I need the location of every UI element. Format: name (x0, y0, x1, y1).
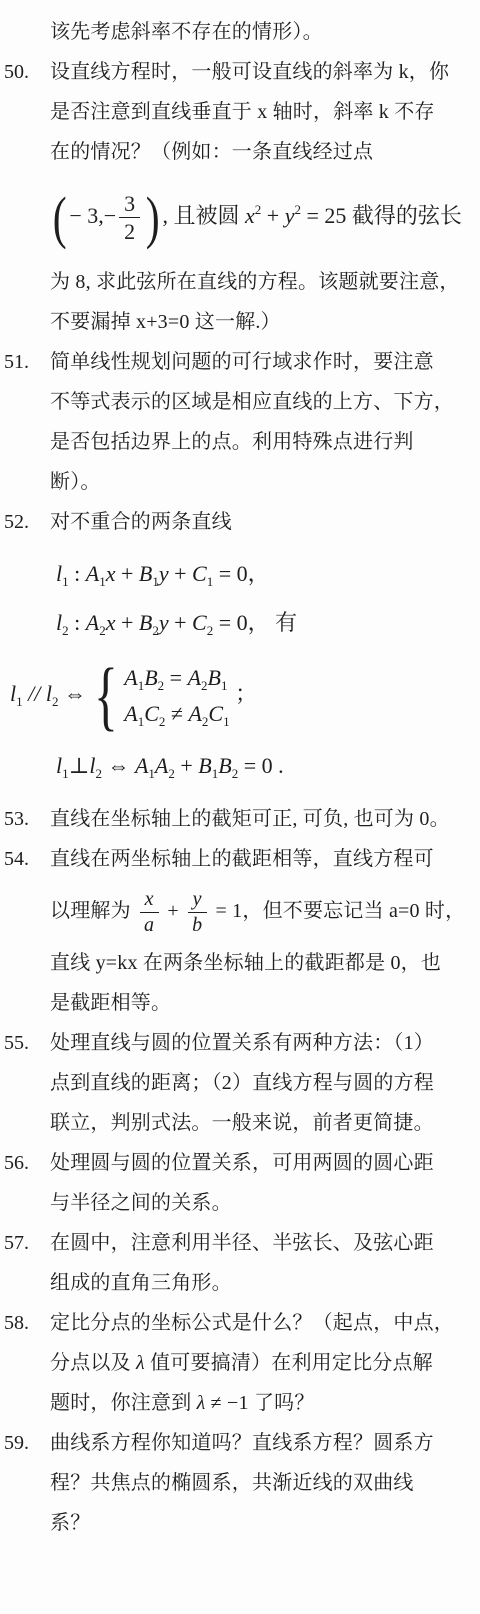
math-variable: λ (136, 1352, 145, 1374)
text-run: 不要漏掉 x+3=0 这一解.） (50, 311, 281, 333)
text-line: 程？共焦点的椭圆系，共渐近线的双曲线 (50, 1463, 474, 1503)
math-variable: A (155, 753, 168, 778)
math-variable: C (192, 610, 207, 635)
math-variable: C (144, 701, 159, 726)
text-line: 设直线方程时，一般可设直线的斜率为 k，你 (50, 52, 474, 92)
text-run: 是否注意到直线垂直于 x 轴时，斜率 k 不存 (50, 101, 435, 123)
math-text: = 0 . (238, 753, 283, 778)
numbered-list-item: 52.对不重合的两条直线l1 : A1x + B1y + C1 = 0，l2 :… (4, 502, 474, 799)
text-line: 分点以及 λ 值可要搞清）在利用定比分点解 (50, 1343, 474, 1383)
math-text: ⊥ (69, 753, 90, 778)
math-text: = 0， (213, 561, 269, 586)
math-text: + (115, 561, 138, 586)
formula-line: l1⊥l2 ⇔ A1A2 + B1B2 = 0 . (56, 749, 474, 783)
math-text: ； (230, 681, 258, 706)
math-variable: B (198, 753, 211, 778)
math-variable: A (188, 665, 201, 690)
item-body: 曲线系方程你知道吗？直线系方程？圆系方程？共焦点的椭圆系，共渐近线的双曲线系？ (50, 1423, 474, 1543)
text-run: 在的情况？（例如：一条直线经过点 (50, 141, 373, 163)
text-line: 简单线性规划问题的可行域求作时，要注意 (50, 342, 474, 382)
text-run: 为 8, 求此弦所在直线的方程。该题就要注意， (50, 271, 460, 293)
text-run: 该先考虑斜率不存在的情形）。 (50, 21, 323, 43)
text-run: 曲线系方程你知道吗？直线系方程？圆系方 (50, 1432, 434, 1454)
text-run: 系？ (50, 1512, 90, 1534)
item-number: 54. (4, 839, 50, 1023)
item-number: 56. (4, 1143, 50, 1223)
text-run: 处理直线与圆的位置关系有两种方法：（1） (50, 1032, 434, 1054)
math-variable: B (139, 610, 152, 635)
item-body: 直线在坐标轴上的截矩可正, 可负, 也可为 0。 (50, 799, 474, 839)
fraction-denominator: 2 (119, 218, 140, 244)
item-number: 52. (4, 502, 50, 799)
text-line: 处理直线与圆的位置关系有两种方法：（1） (50, 1023, 474, 1063)
math-variable: B (218, 753, 231, 778)
math-variable: x (106, 561, 116, 586)
numbered-list-item: 57.在圆中，注意利用半径、半弦长、及弦心距组成的直角三角形。 (4, 1223, 474, 1303)
item-number: 57. (4, 1223, 50, 1303)
numbered-list-item: 56.处理圆与圆的位置关系，可用两圆的圆心距与半径之间的关系。 (4, 1143, 474, 1223)
left-brace-glyph: { (94, 657, 118, 735)
text-line: 直线 y=kx 在两条坐标轴上的截距都是 0，也 (50, 943, 474, 983)
text-line: 曲线系方程你知道吗？直线系方程？圆系方 (50, 1423, 474, 1463)
numbered-list-item: 54.直线在两坐标轴上的截距相等，直线方程可以理解为 xa + yb = 1，但… (4, 839, 474, 1023)
text-run: 点到直线的距离；（2）直线方程与圆的方程 (50, 1072, 434, 1094)
text-run: 是截距相等。 (50, 992, 171, 1014)
text-line: 点到直线的距离；（2）直线方程与圆的方程 (50, 1063, 474, 1103)
text-line: 在的情况？（例如：一条直线经过点 (50, 132, 474, 172)
math-text: + (115, 610, 138, 635)
item-body: 在圆中，注意利用半径、半弦长、及弦心距组成的直角三角形。 (50, 1223, 474, 1303)
math-text: 分点以及 (50, 1352, 136, 1374)
math-fraction: xa (139, 888, 159, 937)
text-line: 处理圆与圆的位置关系，可用两圆的圆心距 (50, 1143, 474, 1183)
math-text: + (162, 900, 184, 922)
math-text: 值可要搞清）在利用定比分点解 (145, 1352, 433, 1374)
item-number (4, 12, 50, 52)
math-fraction: 32 (119, 191, 140, 245)
math-subscript: 1 (223, 714, 230, 729)
text-line: 组成的直角三角形。 (50, 1263, 474, 1303)
math-variable: y (285, 203, 295, 228)
math-text: 以理解为 (50, 900, 136, 922)
math-text: 2 (124, 219, 135, 244)
numbered-list-item: 50.设直线方程时，一般可设直线的斜率为 k，你是否注意到直线垂直于 x 轴时，… (4, 52, 474, 342)
math-variable: C (192, 561, 207, 586)
text-line: 断）。 (50, 462, 474, 502)
fraction-numerator: x (140, 888, 159, 913)
math-text: ≠ −1 了吗？ (205, 1392, 314, 1414)
text-run: 直线在坐标轴上的截矩可正, 可负, 也可为 0。 (50, 808, 450, 830)
text-line: 直线在两坐标轴上的截距相等，直线方程可 (50, 839, 474, 879)
math-text: − 3,− (69, 203, 116, 228)
text-run: 直线在两坐标轴上的截距相等，直线方程可 (50, 848, 434, 870)
math-text: = 25 截得的弦长 (301, 203, 462, 228)
item-number: 55. (4, 1023, 50, 1143)
math-text: 题时，你注意到 (50, 1392, 197, 1414)
item-body: 简单线性规划问题的可行域求作时，要注意不等式表示的区域是相应直线的上方、下方，是… (50, 342, 474, 502)
math-variable: x (245, 203, 255, 228)
numbered-list-item: 55.处理直线与圆的位置关系有两种方法：（1）点到直线的距离；（2）直线方程与圆… (4, 1023, 474, 1143)
math-subscript: 1 (221, 678, 228, 693)
math-variable: // (23, 681, 46, 706)
math-text: = 0， 有 (213, 610, 297, 635)
math-text: = (164, 665, 187, 690)
math-variable: y (159, 561, 169, 586)
text-line: 不要漏掉 x+3=0 这一解.） (50, 302, 474, 342)
text-run: 对不重合的两条直线 (50, 511, 232, 533)
text-run: 简单线性规划问题的可行域求作时，要注意 (50, 351, 434, 373)
math-fraction: yb (187, 888, 207, 937)
math-text: ⇔ (102, 753, 135, 778)
math-variable: b (192, 914, 202, 936)
big-paren-glyph: ( (53, 189, 67, 247)
math-text: + (169, 610, 192, 635)
text-line: 是否包括边界上的点。利用特殊点进行判 (50, 422, 474, 462)
text-run: 断）。 (50, 471, 101, 493)
numbered-list-item: 53.直线在坐标轴上的截矩可正, 可负, 也可为 0。 (4, 799, 474, 839)
big-paren-glyph: ) (146, 189, 160, 247)
math-variable: x (106, 610, 116, 635)
math-variable: A (124, 701, 137, 726)
text-run: 不等式表示的区域是相应直线的上方、下方， (50, 391, 454, 413)
text-run: 与半径之间的关系。 (50, 1192, 232, 1214)
math-text: , 且被圆 (162, 203, 245, 228)
item-body: 对不重合的两条直线l1 : A1x + B1y + C1 = 0，l2 : A2… (50, 502, 474, 799)
item-number: 58. (4, 1303, 50, 1423)
numbered-list-item: 59.曲线系方程你知道吗？直线系方程？圆系方程？共焦点的椭圆系，共渐近线的双曲线… (4, 1423, 474, 1543)
math-variable: a (144, 914, 154, 936)
math-text: 3 (124, 191, 135, 216)
text-line: 是否注意到直线垂直于 x 轴时，斜率 k 不存 (50, 92, 474, 132)
text-line: 为 8, 求此弦所在直线的方程。该题就要注意， (50, 262, 474, 302)
text-line: 对不重合的两条直线 (50, 502, 474, 542)
fraction-denominator: a (139, 913, 159, 937)
text-run: 处理圆与圆的位置关系，可用两圆的圆心距 (50, 1152, 434, 1174)
text-line: 该先考虑斜率不存在的情形）。 (50, 12, 474, 52)
formula-line: l1 : A1x + B1y + C1 = 0， (56, 557, 474, 591)
cases-row: A1B2 = A2B1 (124, 660, 229, 696)
cases-column: A1B2 = A2B1A1C2 ≠ A2C1 (124, 660, 229, 732)
item-body: 直线在两坐标轴上的截距相等，直线方程可以理解为 xa + yb = 1，但不要忘… (50, 839, 474, 1023)
text-line: 系？ (50, 1503, 474, 1543)
math-variable: A (188, 701, 201, 726)
item-number: 59. (4, 1423, 50, 1543)
math-text: ≠ (165, 701, 188, 726)
cases-row: A1C2 ≠ A2C1 (124, 696, 229, 732)
fraction-numerator: 3 (119, 191, 140, 218)
text-run: 在圆中，注意利用半径、半弦长、及弦心距 (50, 1232, 434, 1254)
text-line: 直线在坐标轴上的截矩可正, 可负, 也可为 0。 (50, 799, 474, 839)
fraction-denominator: b (187, 913, 207, 937)
text-run: 程？共焦点的椭圆系，共渐近线的双曲线 (50, 1472, 414, 1494)
math-text: + (169, 561, 192, 586)
math-text: + (175, 753, 198, 778)
numbered-list-item: 51.简单线性规划问题的可行域求作时，要注意不等式表示的区域是相应直线的上方、下… (4, 342, 474, 502)
math-variable: A (86, 610, 99, 635)
math-variable: A (135, 753, 148, 778)
item-number: 51. (4, 342, 50, 502)
text-run: 组成的直角三角形。 (50, 1272, 232, 1294)
math-variable: B (208, 665, 221, 690)
text-line: 定比分点的坐标公式是什么？（起点，中点， (50, 1303, 474, 1343)
fraction-numerator: y (188, 888, 207, 913)
formula-line: l2 : A2x + B2y + C2 = 0， 有 (56, 606, 474, 640)
math-text: = 1，但不要忘记当 a=0 时， (210, 900, 465, 922)
item-body: 处理圆与圆的位置关系，可用两圆的圆心距与半径之间的关系。 (50, 1143, 474, 1223)
text-line: 与半径之间的关系。 (50, 1183, 474, 1223)
item-body: 该先考虑斜率不存在的情形）。 (50, 12, 474, 52)
math-cases: {A1B2 = A2B1A1C2 ≠ A2C1 (91, 660, 229, 732)
math-variable: B (144, 665, 157, 690)
math-variable: x (145, 888, 154, 910)
math-text: ⇔ (58, 681, 91, 706)
math-variable: y (159, 610, 169, 635)
numbered-list-item: 58.定比分点的坐标公式是什么？（起点，中点，分点以及 λ 值可要搞清）在利用定… (4, 1303, 474, 1423)
math-variable: A (124, 665, 137, 690)
text-run: 直线 y=kx 在两条坐标轴上的截距都是 0，也 (50, 952, 441, 974)
formula-line: l1 // l2 ⇔ {A1B2 = A2B1A1C2 ≠ A2C1 ； (10, 655, 474, 733)
math-variable: A (86, 561, 99, 586)
text-run: 定比分点的坐标公式是什么？（起点，中点， (50, 1312, 454, 1334)
math-variable: y (193, 888, 202, 910)
text-run: 是否包括边界上的点。利用特殊点进行判 (50, 431, 414, 453)
text-line: 是截距相等。 (50, 983, 474, 1023)
text-run: 设直线方程时，一般可设直线的斜率为 k，你 (50, 61, 449, 83)
text-line: 在圆中，注意利用半径、半弦长、及弦心距 (50, 1223, 474, 1263)
math-text: + (261, 203, 284, 228)
item-body: 处理直线与圆的位置关系有两种方法：（1）点到直线的距离；（2）直线方程与圆的方程… (50, 1023, 474, 1143)
text-run: 联立，判别式法。一般来说，前者更简捷。 (50, 1112, 434, 1134)
item-body: 定比分点的坐标公式是什么？（起点，中点，分点以及 λ 值可要搞清）在利用定比分点… (50, 1303, 474, 1423)
document-body: 该先考虑斜率不存在的情形）。50.设直线方程时，一般可设直线的斜率为 k，你是否… (0, 0, 480, 1563)
continuation-paragraph: 该先考虑斜率不存在的情形）。 (4, 12, 474, 52)
item-number: 53. (4, 799, 50, 839)
text-line: 不等式表示的区域是相应直线的上方、下方， (50, 382, 474, 422)
math-text: : (69, 610, 86, 635)
item-body: 设直线方程时，一般可设直线的斜率为 k，你是否注意到直线垂直于 x 轴时，斜率 … (50, 52, 474, 342)
text-line: 以理解为 xa + yb = 1，但不要忘记当 a=0 时， (50, 879, 474, 943)
math-text: : (69, 561, 86, 586)
item-number: 50. (4, 52, 50, 342)
math-variable: C (208, 701, 223, 726)
text-line: 联立，判别式法。一般来说，前者更简捷。 (50, 1103, 474, 1143)
text-line: 题时，你注意到 λ ≠ −1 了吗？ (50, 1383, 474, 1423)
formula-line: (− 3,−32), 且被圆 x2 + y2 = 25 截得的弦长 (50, 176, 474, 256)
math-variable: B (139, 561, 152, 586)
